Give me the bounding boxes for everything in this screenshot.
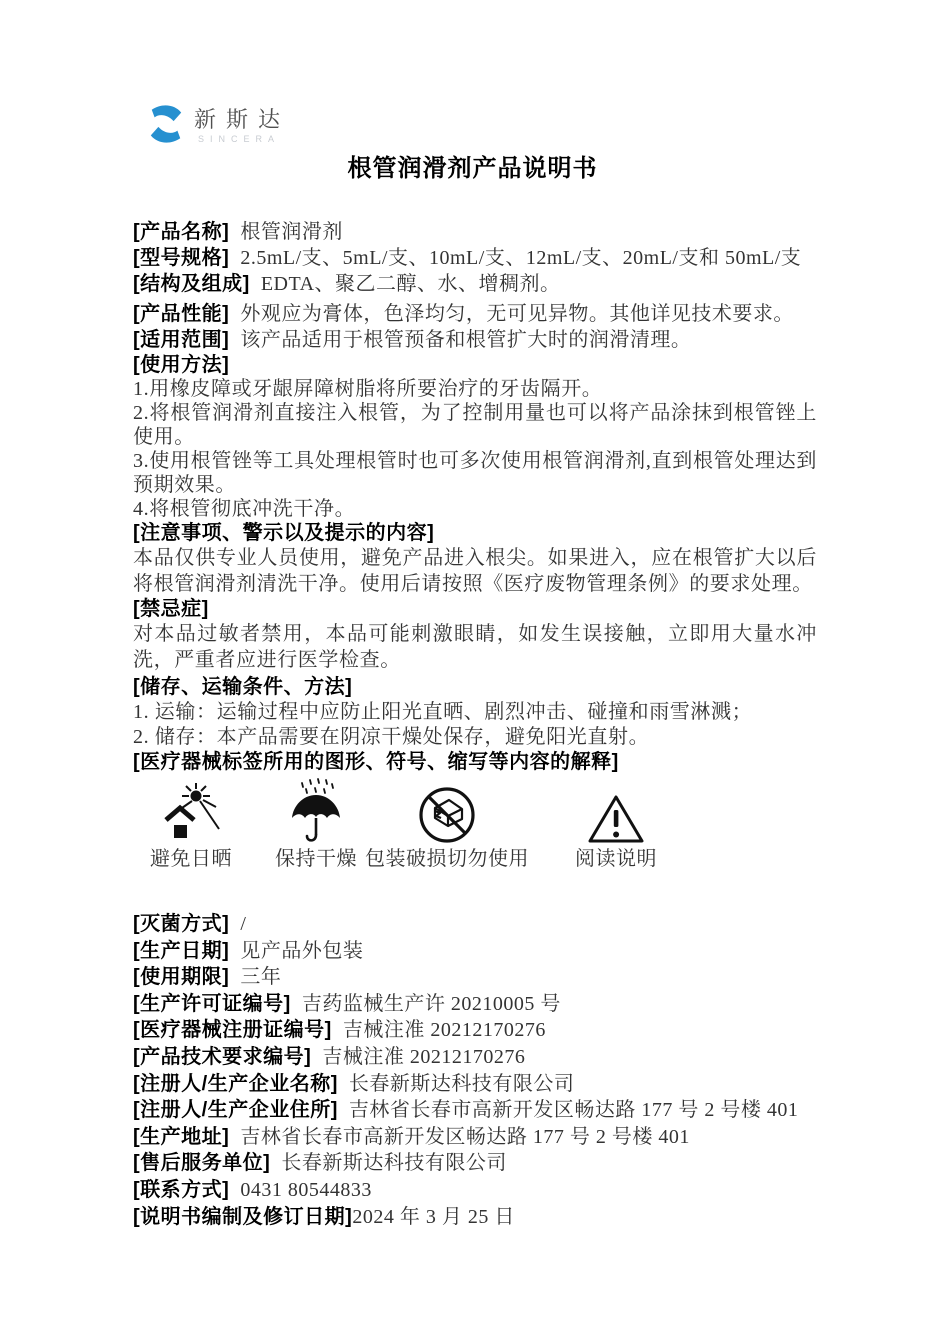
info-production-date: [生产日期]见产品外包装 xyxy=(133,938,817,965)
usage-section-header: [使用方法] xyxy=(133,353,817,377)
symbol-read-instructions: 阅读说明 xyxy=(553,779,679,871)
page-title: 根管润滑剂产品说明书 xyxy=(0,148,945,183)
field-group-top: [产品名称]根管润滑剂 [型号规格]2.5mL/支、5mL/支、10mL/支、1… xyxy=(133,219,817,297)
brand-logo: 新斯达 SINCERA xyxy=(147,103,290,145)
usage-steps: 1.用橡皮障或牙龈屏障树脂将所要治疗的牙齿隔开。 2.将根管润滑剂直接注入根管，… xyxy=(133,377,817,521)
keep-dry-icon xyxy=(288,777,344,845)
precautions-section-header: [注意事项、警示以及提示的内容] xyxy=(133,521,817,545)
symbol-keep-dry: 保持干燥 xyxy=(255,779,377,871)
field-value: 吉林省长春市高新开发区畅达路 177 号 2 号楼 401 xyxy=(240,1126,690,1148)
contraindications-body: 对本品过敏者禁用，本品可能刺激眼睛，如发生误接触，立即用大量水冲洗，严重者应进行… xyxy=(133,621,817,673)
info-after-sales-unit: [售后服务单位]长春新斯达科技有限公司 xyxy=(133,1150,817,1177)
usage-step-4: 4.将根管彻底冲洗干净。 xyxy=(133,497,817,521)
storage-item-1: 1. 运输：运输过程中应防止阳光直晒、剧烈冲击、碰撞和雨雪淋溅； xyxy=(133,700,817,725)
symbols-row: 避免日晒 xyxy=(133,779,817,871)
field-label: [注册人/生产企业名称] xyxy=(133,1073,338,1095)
storage-section-header: [储存、运输条件、方法] xyxy=(133,675,817,700)
info-revision-date: [说明书编制及修订日期]2024 年 3 月 25 日 xyxy=(133,1204,817,1231)
field-label: [产品性能] xyxy=(133,303,229,325)
usage-step-3: 3.使用根管锉等工具处理根管时也可多次使用根管润滑剂,直到根管处理达到预期效果。 xyxy=(133,449,817,497)
field-value: 2.5mL/支、5mL/支、10mL/支、12mL/支、20mL/支和 50mL… xyxy=(240,247,801,269)
info-registrant-name: [注册人/生产企业名称]长春新斯达科技有限公司 xyxy=(133,1071,817,1098)
field-label: [售后服务单位] xyxy=(133,1152,270,1174)
field-label: [产品技术要求编号] xyxy=(133,1046,311,1068)
field-product-name: [产品名称]根管润滑剂 xyxy=(133,219,817,245)
field-value: 2024 年 3 月 25 日 xyxy=(352,1206,515,1228)
field-value: 长春新斯达科技有限公司 xyxy=(281,1152,507,1174)
field-composition: [结构及组成]EDTA、聚乙二醇、水、增稠剂。 xyxy=(133,271,817,297)
field-label: [说明书编制及修订日期] xyxy=(133,1206,352,1228)
field-value: 见产品外包装 xyxy=(240,940,363,962)
field-value: 吉械注准 20212170276 xyxy=(322,1046,525,1068)
info-shelf-life: [使用期限]三年 xyxy=(133,964,817,991)
field-label: [灭菌方式] xyxy=(133,913,229,935)
info-registrant-address: [注册人/生产企业住所]吉林省长春市高新开发区畅达路 177 号 2 号楼 40… xyxy=(133,1097,817,1124)
field-label: [型号规格] xyxy=(133,247,229,269)
section-header-label: [禁忌症] xyxy=(133,598,209,620)
field-label: [生产地址] xyxy=(133,1126,229,1148)
info-registration-cert-no: [医疗器械注册证编号]吉械注准 20212170276 xyxy=(133,1017,817,1044)
field-performance: [产品性能]外观应为膏体，色泽均匀，无可见异物。其他详见技术要求。 xyxy=(133,301,817,327)
brand-name-en: SINCERA xyxy=(194,134,290,144)
section-header-label: [医疗器械标签所用的图形、符号、缩写等内容的解释] xyxy=(133,751,619,773)
document-body: [产品名称]根管润滑剂 [型号规格]2.5mL/支、5mL/支、10mL/支、1… xyxy=(133,219,817,1230)
section-header-label: [注意事项、警示以及提示的内容] xyxy=(133,522,434,544)
info-production-license-no: [生产许可证编号]吉药监械生产许 20210005 号 xyxy=(133,991,817,1018)
field-label: [使用期限] xyxy=(133,966,229,988)
precautions-body: 本品仅供专业人员使用，避免产品进入根尖。如果进入，应在根管扩大以后将根管润滑剂清… xyxy=(133,545,817,597)
field-group-performance: [产品性能]外观应为膏体，色泽均匀，无可见异物。其他详见技术要求。 [适用范围]… xyxy=(133,301,817,353)
field-value: 0431 80544833 xyxy=(240,1179,372,1201)
info-production-address: [生产地址]吉林省长春市高新开发区畅达路 177 号 2 号楼 401 xyxy=(133,1124,817,1151)
brand-name-cn: 新斯达 xyxy=(194,109,290,131)
field-scope: [适用范围]该产品适用于根管预备和根管扩大时的润滑清理。 xyxy=(133,327,817,353)
info-sterilization-method: [灭菌方式]/ xyxy=(133,911,817,938)
field-value: / xyxy=(240,913,246,935)
field-value: 外观应为膏体，色泽均匀，无可见异物。其他详见技术要求。 xyxy=(240,303,794,325)
field-label: [生产日期] xyxy=(133,940,229,962)
field-label: [结构及组成] xyxy=(133,273,250,295)
field-label: [适用范围] xyxy=(133,329,229,351)
field-label: [产品名称] xyxy=(133,221,229,243)
field-value: 吉械注准 20212170276 xyxy=(343,1019,546,1041)
symbol-label: 避免日晒 xyxy=(150,847,232,871)
do-not-use-if-package-damaged-icon xyxy=(417,785,477,845)
symbol-label: 包装破损切勿使用 xyxy=(365,847,529,871)
usage-step-2: 2.将根管润滑剂直接注入根管，为了控制用量也可以将产品涂抹到根管锉上使用。 xyxy=(133,401,817,449)
field-model-spec: [型号规格]2.5mL/支、5mL/支、10mL/支、12mL/支、20mL/支… xyxy=(133,245,817,271)
document-page: 新斯达 SINCERA 根管润滑剂产品说明书 [产品名称]根管润滑剂 [型号规格… xyxy=(0,0,945,1336)
field-value: 三年 xyxy=(240,966,281,988)
symbol-do-not-use-if-package-damaged: 包装破损切勿使用 xyxy=(361,779,533,871)
field-value: 吉林省长春市高新开发区畅达路 177 号 2 号楼 401 xyxy=(349,1099,799,1121)
field-value: 吉药监械生产许 20210005 号 xyxy=(302,993,561,1015)
field-label: [生产许可证编号] xyxy=(133,993,291,1015)
field-label: [注册人/生产企业住所] xyxy=(133,1099,338,1121)
field-value: 该产品适用于根管预备和根管扩大时的润滑清理。 xyxy=(240,329,691,351)
symbols-section-header: [医疗器械标签所用的图形、符号、缩写等内容的解释] xyxy=(133,750,817,775)
symbol-keep-away-from-sunlight: 避免日晒 xyxy=(133,779,249,871)
section-header-label: [使用方法] xyxy=(133,354,229,376)
contraindications-section-header: [禁忌症] xyxy=(133,597,817,621)
brand-s-mark-icon xyxy=(147,103,185,145)
storage-item-2: 2. 储存：本产品需要在阴凉干燥处保存，避免阳光直射。 xyxy=(133,725,817,750)
symbol-label: 阅读说明 xyxy=(575,847,657,871)
brand-text: 新斯达 SINCERA xyxy=(194,103,290,144)
symbol-label: 保持干燥 xyxy=(275,847,357,871)
field-value: EDTA、聚乙二醇、水、增稠剂。 xyxy=(261,273,561,295)
regulatory-info: [灭菌方式]/ [生产日期]见产品外包装 [使用期限]三年 [生产许可证编号]吉… xyxy=(133,911,817,1230)
field-label: [医疗器械注册证编号] xyxy=(133,1019,332,1041)
read-instructions-icon xyxy=(587,793,645,845)
field-value: 长春新斯达科技有限公司 xyxy=(349,1073,575,1095)
field-value: 根管润滑剂 xyxy=(240,221,343,243)
section-header-label: [储存、运输条件、方法] xyxy=(133,676,352,698)
usage-step-1: 1.用橡皮障或牙龈屏障树脂将所要治疗的牙齿隔开。 xyxy=(133,377,817,401)
keep-away-from-sunlight-icon xyxy=(159,783,223,845)
info-technical-requirement-no: [产品技术要求编号]吉械注准 20212170276 xyxy=(133,1044,817,1071)
field-label: [联系方式] xyxy=(133,1179,229,1201)
info-contact: [联系方式]0431 80544833 xyxy=(133,1177,817,1204)
